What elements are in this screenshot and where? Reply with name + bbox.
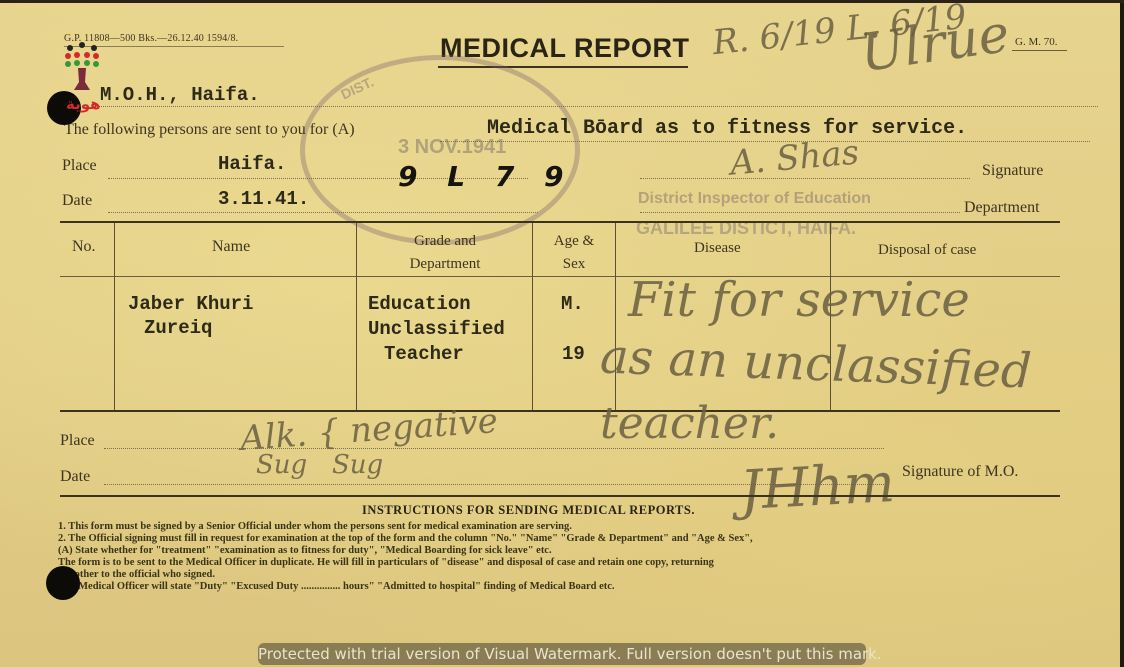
instruction-item: (A) State whether for "treatment" "exami… — [58, 545, 753, 557]
place-value: Haifa. — [218, 153, 286, 175]
place-label: Place — [62, 157, 97, 175]
intro-printed: The following persons are sent to you fo… — [64, 121, 355, 139]
punch-hole — [46, 566, 80, 600]
cell-grade-line3: Teacher — [384, 343, 464, 365]
instructions-title: INSTRUCTIONS FOR SENDING MEDICAL REPORTS… — [362, 503, 695, 518]
department-label: Department — [964, 199, 1040, 217]
column-divider — [114, 223, 115, 410]
cell-name-line2: Zureiq — [144, 317, 212, 339]
cell-disease-handwritten-3: teacher. — [600, 398, 779, 449]
medical-report-document: G.P. 11808—500 Bks.—26.12.40 1594/8. MED… — [0, 0, 1120, 667]
instruction-item: the other to the official who signed. — [58, 569, 753, 581]
header-age-sex: Age & Sex — [544, 230, 604, 276]
instruction-item: The form is to be sent to the Medical Of… — [58, 557, 753, 569]
cell-age: 19 — [562, 343, 585, 365]
column-divider — [356, 223, 357, 410]
tree-logo-icon — [62, 40, 102, 96]
addressee: M.O.H., Haifa. — [100, 84, 260, 106]
mo-signature-label: Signature of M.O. — [902, 463, 1018, 481]
header-no: No. — [72, 238, 96, 256]
instruction-item: 2. The Official signing must fill in req… — [58, 533, 753, 545]
header-disease: Disease — [694, 240, 741, 257]
cell-name-line1: Jaber Khuri — [128, 293, 253, 315]
form-code-right: G. M. 70. — [1015, 36, 1057, 48]
mo-signature: JHhm — [738, 451, 896, 522]
cell-grade-line2: Unclassified — [368, 318, 505, 340]
table-top-rule — [60, 221, 1060, 223]
cell-disease-handwritten-2: as an unclassified — [599, 328, 1032, 399]
instruction-item: The Medical Officer will state "Duty" "E… — [58, 581, 753, 593]
dotted-line — [98, 106, 1098, 107]
dotted-line — [640, 212, 960, 213]
department-stamp: District Inspector of Education — [638, 190, 871, 208]
watermark-banner: Protected with trial version of Visual W… — [258, 643, 866, 665]
instruction-item: 1. This form must be signed by a Senior … — [58, 521, 753, 533]
logo-arabic-text: هوية — [66, 95, 101, 113]
footer-date-label: Date — [60, 468, 90, 486]
instructions-list: 1. This form must be signed by a Senior … — [58, 521, 753, 593]
cell-disease-handwritten-1: Fit for service — [628, 272, 970, 328]
stamped-number: 9 L 7 9 — [398, 160, 574, 193]
date-label: Date — [62, 192, 92, 210]
date-value: 3.11.41. — [218, 188, 309, 210]
dotted-line — [104, 448, 884, 449]
signature-label: Signature — [982, 162, 1043, 180]
table-bottom-rule — [60, 410, 1060, 412]
cell-sex: M. — [561, 293, 584, 315]
header-grade-department: Grade and Department — [380, 230, 510, 276]
footer-rule — [60, 495, 1060, 497]
column-divider — [532, 223, 533, 410]
header-disposal: Disposal of case — [878, 242, 976, 259]
cell-grade-line1: Education — [368, 293, 471, 315]
dotted-line — [640, 178, 970, 179]
intro-typed: Medical Bōard as to fitness for service. — [487, 117, 967, 140]
divider — [1012, 50, 1067, 51]
handwritten-date: Sug Sug — [256, 450, 383, 480]
dotted-line — [108, 212, 538, 213]
header-name: Name — [212, 238, 250, 256]
footer-place-label: Place — [60, 432, 95, 450]
